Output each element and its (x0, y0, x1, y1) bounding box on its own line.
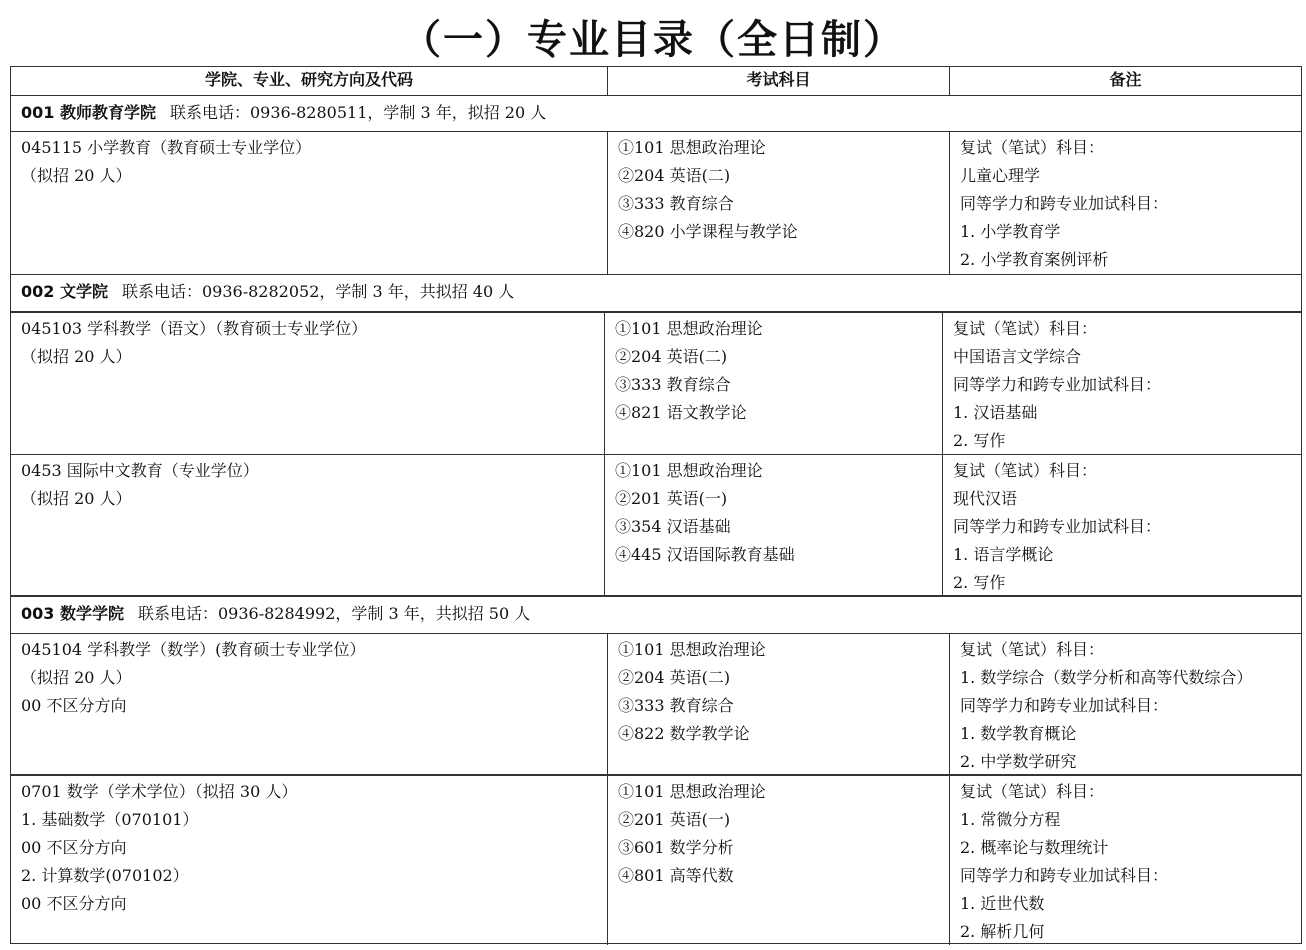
department-row: 003 数学学院联系电话：0936-8284992，学制 3 年，共拟招 50 … (11, 597, 1301, 634)
exams-cell: ①101 思想政治理论 ②204 英语(二) ③333 教育综合 ④820 小学… (607, 132, 949, 274)
program-row: 0453 国际中文教育（专业学位） （拟招 20 人） ①101 思想政治理论 … (11, 455, 1301, 597)
department-name: 003 数学学院 (21, 604, 124, 623)
department-info: 联系电话：0936-8282052，学制 3 年，共拟招 40 人 (122, 282, 514, 301)
exams-cell: ①101 思想政治理论 ②204 英语(二) ③333 教育综合 ④821 语文… (604, 313, 942, 454)
program-row: 045103 学科教学（语文）（教育硕士专业学位） （拟招 20 人） ①101… (11, 313, 1301, 455)
department-name: 001 教师教育学院 (21, 103, 156, 122)
exams-cell: ①101 思想政治理论 ②204 英语(二) ③333 教育综合 ④822 数学… (607, 634, 949, 774)
page-title: （一）专业目录（全日制） (0, 14, 1306, 66)
notes-cell: 复试（笔试）科目： 1. 数学综合（数学分析和高等代数综合） 同等学力和跨专业加… (949, 634, 1301, 774)
major-cell: 0453 国际中文教育（专业学位） （拟招 20 人） (11, 455, 604, 595)
department-row: 001 教师教育学院联系电话：0936-8280511，学制 3 年，拟招 20… (11, 96, 1301, 132)
major-cell: 0701 数学（学术学位）（拟招 30 人） 1. 基础数学（070101） 0… (11, 776, 607, 945)
notes-cell: 复试（笔试）科目： 1. 常微分方程 2. 概率论与数理统计 同等学力和跨专业加… (949, 776, 1301, 945)
major-cell: 045103 学科教学（语文）（教育硕士专业学位） （拟招 20 人） (11, 313, 604, 454)
exams-cell: ①101 思想政治理论 ②201 英语(一) ③601 数学分析 ④801 高等… (607, 776, 949, 945)
department-name: 002 文学院 (21, 282, 108, 301)
program-catalog-table: 学院、专业、研究方向及代码 考试科目 备注 001 教师教育学院联系电话：093… (10, 66, 1302, 944)
header-major: 学院、专业、研究方向及代码 (11, 67, 607, 95)
header-notes: 备注 (949, 67, 1301, 95)
exams-cell: ①101 思想政治理论 ②201 英语(一) ③354 汉语基础 ④445 汉语… (604, 455, 942, 595)
header-exams: 考试科目 (607, 67, 949, 95)
table-header-row: 学院、专业、研究方向及代码 考试科目 备注 (11, 67, 1301, 96)
notes-cell: 复试（笔试）科目： 儿童心理学 同等学力和跨专业加试科目： 1. 小学教育学 2… (949, 132, 1301, 274)
program-row: 045104 学科教学（数学）(教育硕士专业学位） （拟招 20 人） 00 不… (11, 634, 1301, 776)
program-row: 0701 数学（学术学位）（拟招 30 人） 1. 基础数学（070101） 0… (11, 776, 1301, 945)
program-row: 045115 小学教育（教育硕士专业学位） （拟招 20 人） ①101 思想政… (11, 132, 1301, 275)
major-cell: 045115 小学教育（教育硕士专业学位） （拟招 20 人） (11, 132, 607, 274)
notes-cell: 复试（笔试）科目： 现代汉语 同等学力和跨专业加试科目： 1. 语言学概论 2.… (942, 455, 1301, 595)
notes-cell: 复试（笔试）科目： 中国语言文学综合 同等学力和跨专业加试科目： 1. 汉语基础… (942, 313, 1301, 454)
department-info: 联系电话：0936-8280511，学制 3 年，拟招 20 人 (170, 103, 546, 122)
major-cell: 045104 学科教学（数学）(教育硕士专业学位） （拟招 20 人） 00 不… (11, 634, 607, 774)
department-row: 002 文学院联系电话：0936-8282052，学制 3 年，共拟招 40 人 (11, 275, 1301, 313)
department-info: 联系电话：0936-8284992，学制 3 年，共拟招 50 人 (138, 604, 530, 623)
